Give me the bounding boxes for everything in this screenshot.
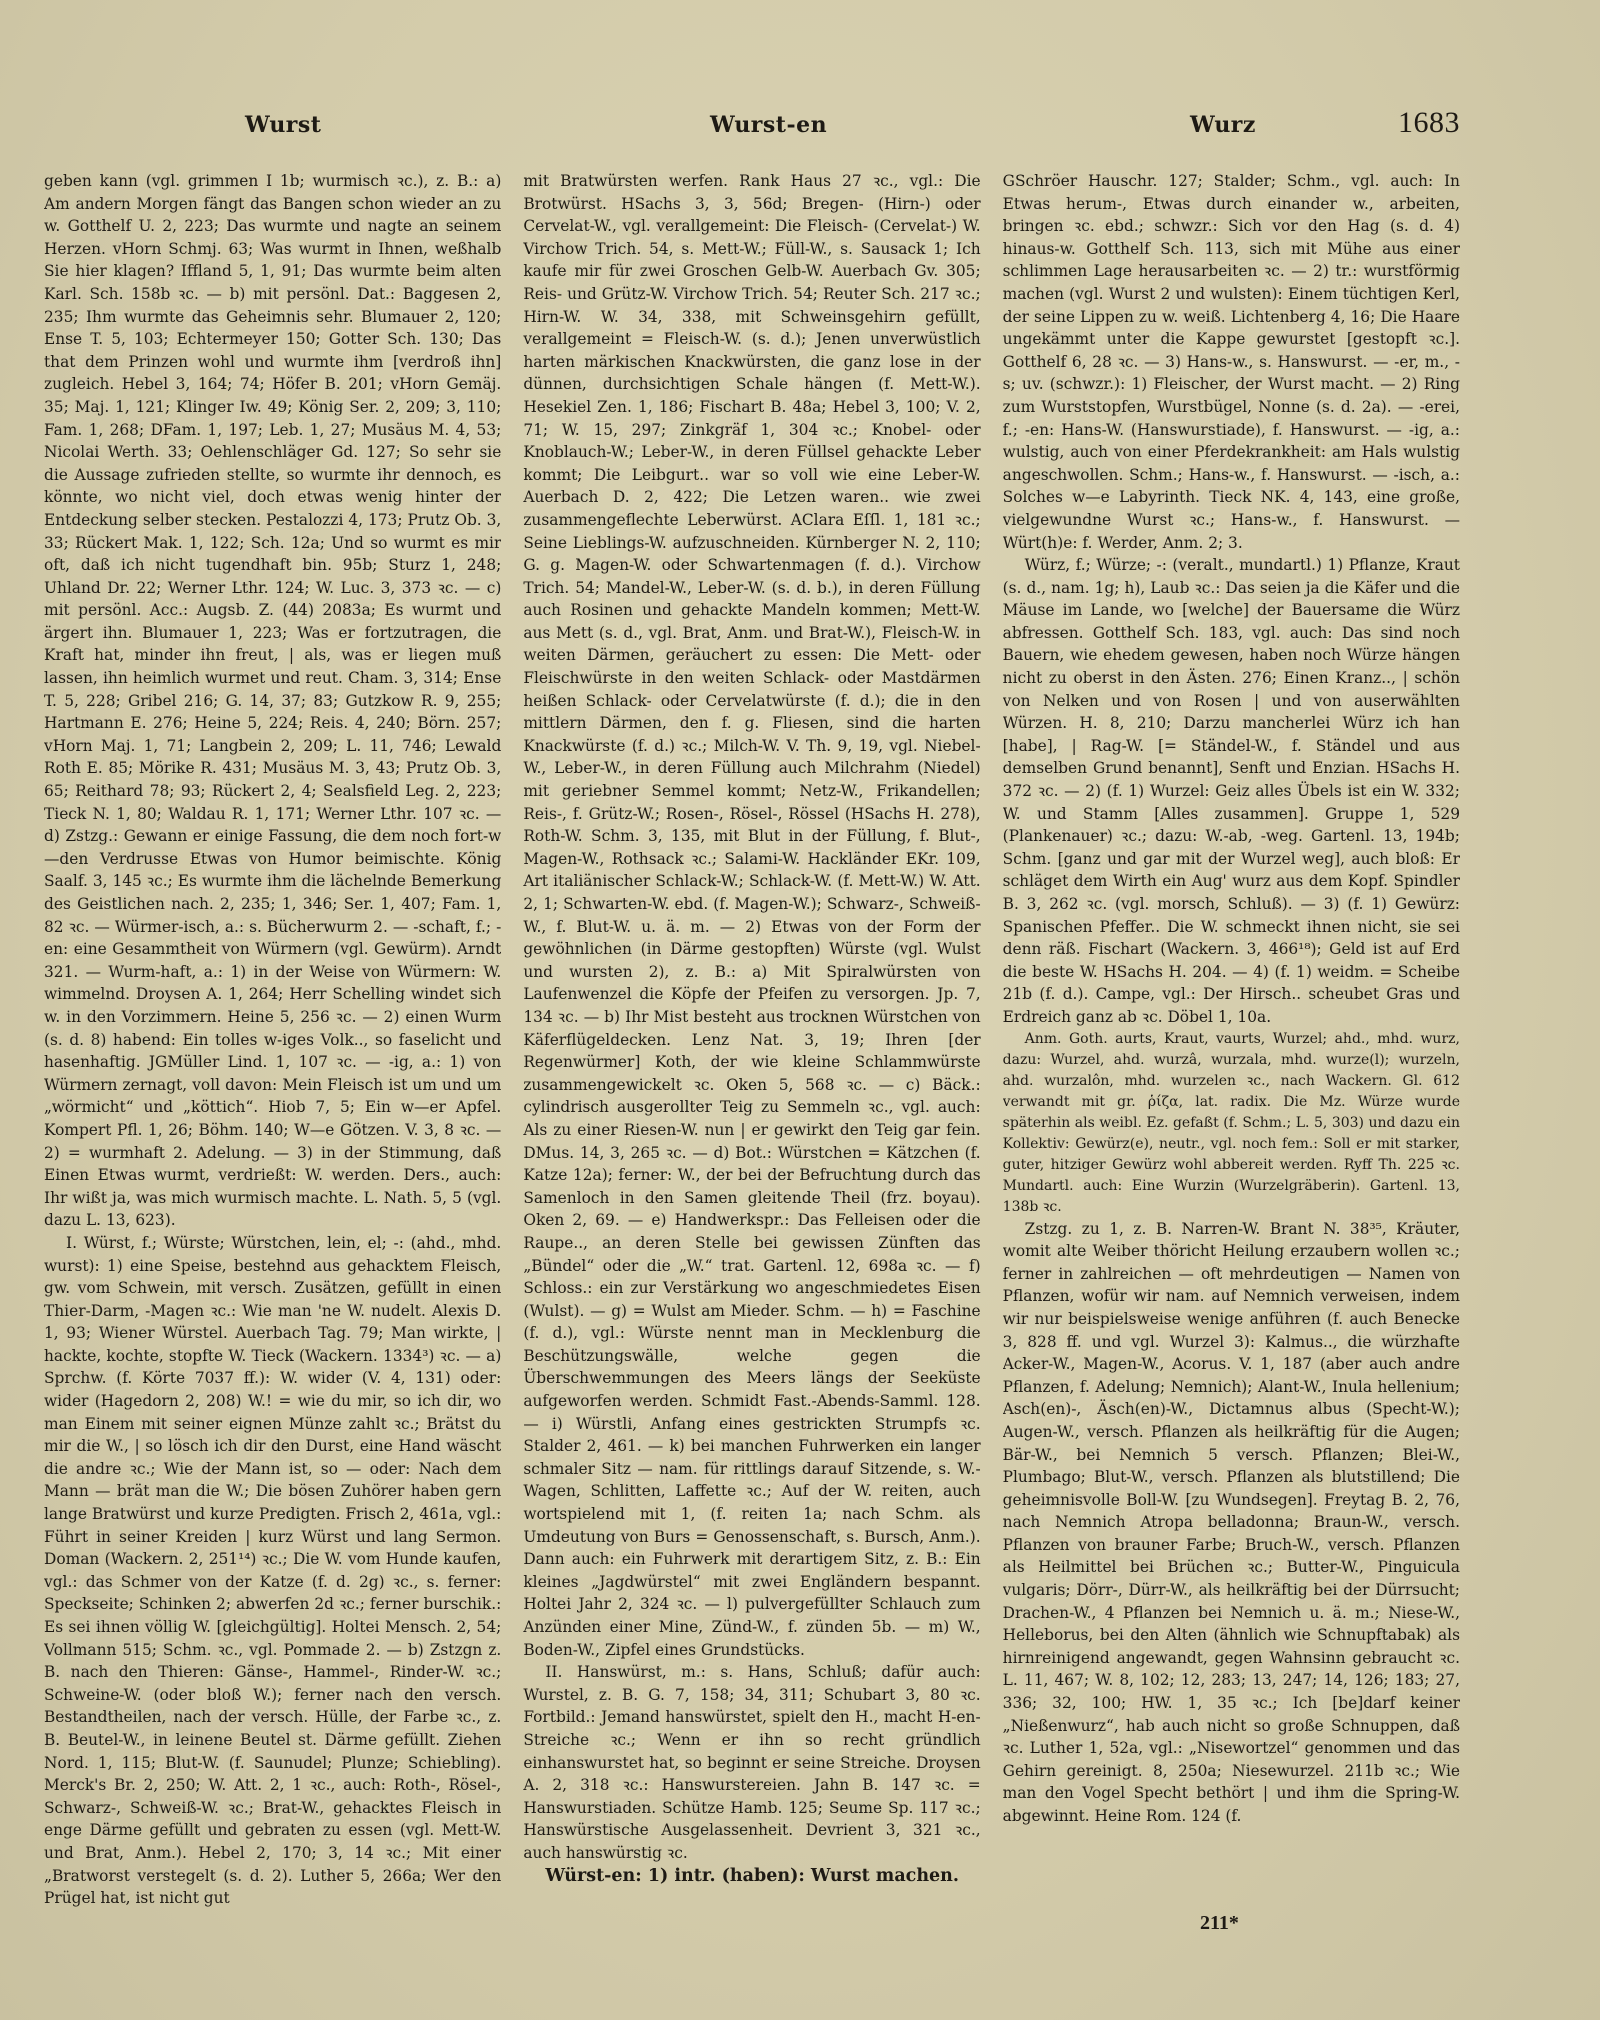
entry-wurst-1: I. Würst, f.; Würste; Würstchen, lein, e… (44, 1232, 501, 1910)
running-head-left: Wurst (245, 112, 321, 138)
page-number: 1683 (1398, 106, 1460, 140)
entry-wursten: Würst-en: 1) intr. (haben): Wurst machen… (523, 1865, 980, 1888)
column-center: mit Bratwürsten werfen. Rank Haus 27 ꝛc.… (523, 170, 980, 1970)
running-header: Wurst Wurst-en Wurz 1683 (0, 112, 1600, 152)
column-left: geben kann (vgl. grimmen I 1b; wurmisch … (44, 170, 501, 1970)
entry-paragraph: GSchröer Hauschr. 127; Stalder; Schm., v… (1003, 170, 1460, 554)
entry-paragraph: geben kann (vgl. grimmen I 1b; wurmisch … (44, 170, 501, 1232)
entry-hanswurst: II. Hanswürst, m.: s. Hans, Schluß; dafü… (523, 1661, 980, 1864)
entry-wurz: Würz, f.; Würze; -: (veralt., mundartl.)… (1003, 554, 1460, 1028)
signature-mark: 211* (1200, 1912, 1239, 1935)
column-right: GSchröer Hauschr. 127; Stalder; Schm., v… (1003, 170, 1460, 1970)
entry-paragraph: mit Bratwürsten werfen. Rank Haus 27 ꝛc.… (523, 170, 980, 1661)
entry-anmerkung: Anm. Goth. aurts, Kraut, vaurts, Wurzel;… (1003, 1029, 1460, 1218)
running-head-center: Wurst-en (710, 112, 827, 138)
entry-zusammensetzungen: Zstzg. zu 1, z. B. Narren-W. Brant N. 38… (1003, 1218, 1460, 1828)
running-head-right: Wurz (1190, 112, 1256, 138)
dictionary-columns: geben kann (vgl. grimmen I 1b; wurmisch … (44, 170, 1460, 1970)
